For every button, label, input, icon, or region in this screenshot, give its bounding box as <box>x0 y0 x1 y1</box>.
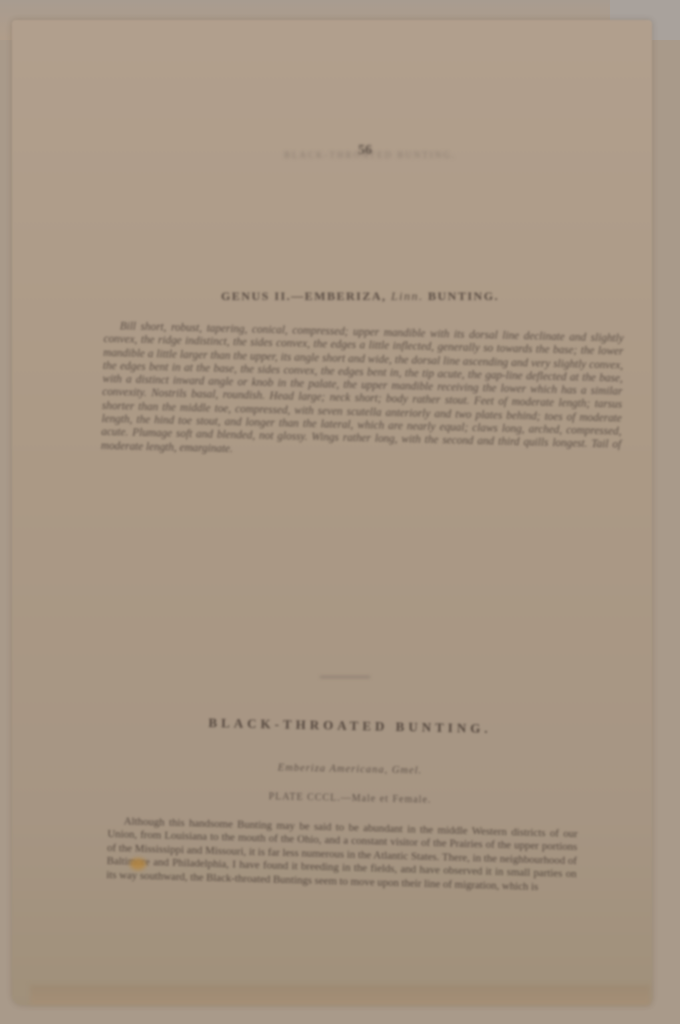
species-body-text: Although this handsome Bunting may be sa… <box>106 815 578 895</box>
genus-heading-prefix: GENUS II.—EMBERIZA, <box>221 289 387 303</box>
section-divider <box>320 676 370 678</box>
page-edge-shadow <box>30 985 650 1005</box>
genus-description: Bill short, robust, tapering, conical, c… <box>101 320 624 466</box>
genus-heading: GENUS II.—EMBERIZA, Linn. BUNTING. <box>200 289 520 304</box>
genus-heading-common: BUNTING. <box>428 289 499 303</box>
genus-heading-authority: Linn. <box>391 289 424 303</box>
page-number: 56 <box>350 143 380 159</box>
paper-stain <box>130 858 146 870</box>
